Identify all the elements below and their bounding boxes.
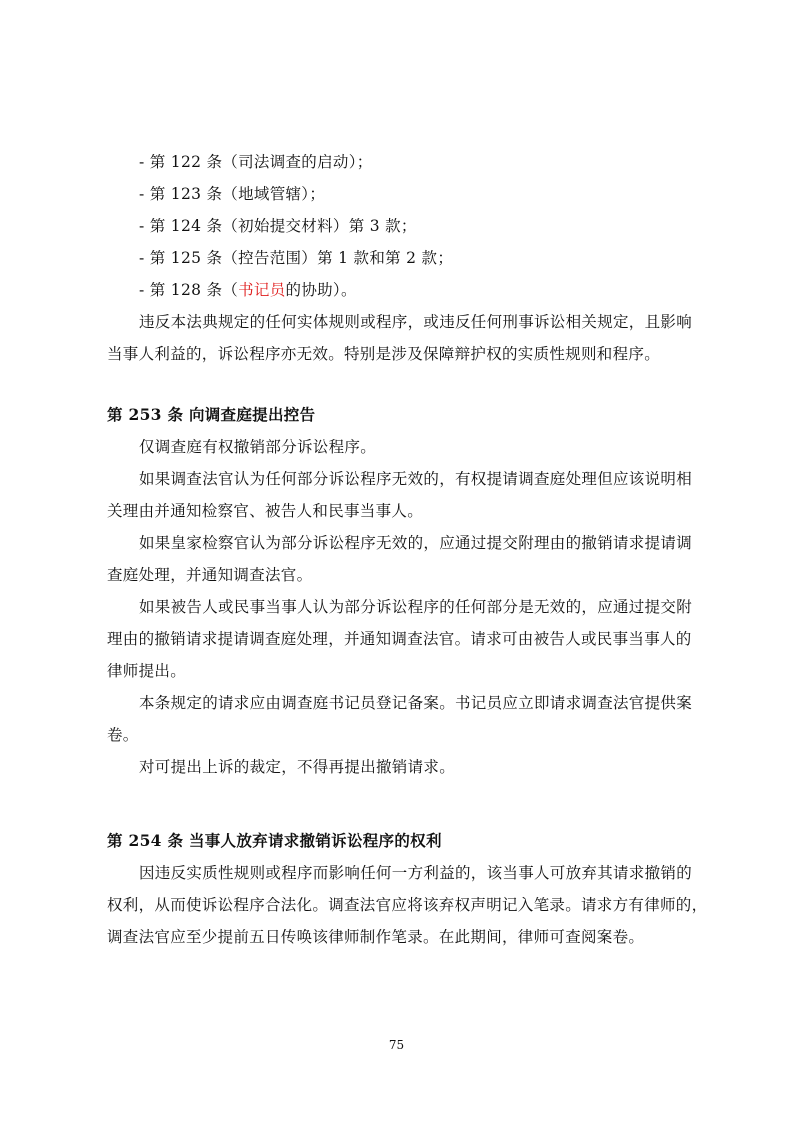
list-item: - 第 125 条（控告范围）第 1 款和第 2 款；: [139, 248, 453, 268]
paragraph-line: 当事人利益的，诉讼程序亦无效。特别是涉及保障辩护权的实质性规则和程序。: [107, 344, 660, 364]
list-text: 控告范围）第 1 款和第 2 款；: [238, 249, 453, 267]
paragraph-line: 仅调查庭有权撤销部分诉讼程序。: [139, 437, 376, 457]
list-prefix: - 第 122 条（: [139, 153, 238, 171]
paragraph-line: 如果被告人或民事当事人认为部分诉讼程序的任何部分是无效的，应通过提交附: [139, 597, 692, 617]
list-text: 司法调查的启动）；: [238, 153, 372, 171]
page-number: 75: [0, 1038, 793, 1052]
paragraph-line: 律师提出。: [107, 661, 186, 681]
list-prefix: - 第 128 条（: [139, 281, 238, 299]
list-prefix: - 第 123 条（: [139, 185, 238, 203]
list-item: - 第 128 条（书记员的协助）。: [139, 280, 357, 300]
highlighted-term: 书记员: [238, 281, 285, 299]
paragraph-line: 对可提出上诉的裁定，不得再提出撤销请求。: [139, 757, 455, 777]
article-254-heading: 第 254 条 当事人放弃请求撤销诉讼程序的权利: [107, 831, 442, 851]
document-page: - 第 122 条（司法调查的启动）； - 第 123 条（地域管辖）； - 第…: [0, 0, 793, 1122]
article-253-heading: 第 253 条 向调查庭提出控告: [107, 405, 315, 425]
list-text: 的协助）。: [286, 281, 357, 299]
list-item: - 第 123 条（地域管辖）；: [139, 184, 325, 204]
list-item: - 第 122 条（司法调查的启动）；: [139, 152, 373, 172]
paragraph-line: 查庭处理，并通知调查法官。: [107, 565, 312, 585]
list-text: 初始提交材料）第 3 款；: [238, 217, 417, 235]
paragraph-line: 如果调查法官认为任何部分诉讼程序无效的，有权提请调查庭处理但应该说明相: [139, 469, 692, 489]
paragraph-line: 理由的撤销请求提请调查庭处理，并通知调查法官。请求可由被告人或民事当事人的: [107, 629, 692, 649]
paragraph-line: 调查法官应至少提前五日传唤该律师制作笔录。在此期间，律师可查阅案卷。: [107, 927, 644, 947]
paragraph-line: 本条规定的请求应由调查庭书记员登记备案。书记员应立即请求调查法官提供案: [139, 693, 692, 713]
list-item: - 第 124 条（初始提交材料）第 3 款；: [139, 216, 417, 236]
list-prefix: - 第 124 条（: [139, 217, 238, 235]
list-text: 地域管辖）；: [238, 185, 325, 203]
paragraph-line: 关理由并通知检察官、被告人和民事当事人。: [107, 501, 423, 521]
paragraph-line: 因违反实质性规则或程序而影响任何一方利益的，该当事人可放弃其请求撤销的: [139, 863, 692, 883]
paragraph-line: 卷。: [107, 725, 139, 745]
list-prefix: - 第 125 条（: [139, 249, 238, 267]
paragraph-line: 违反本法典规定的任何实体规则或程序，或违反任何刑事诉讼相关规定，且影响: [139, 312, 692, 332]
paragraph-line: 权利，从而使诉讼程序合法化。调查法官应将该弃权声明记入笔录。请求方有律师的，: [107, 895, 707, 915]
paragraph-line: 如果皇家检察官认为部分诉讼程序无效的，应通过提交附理由的撤销请求提请调: [139, 533, 692, 553]
